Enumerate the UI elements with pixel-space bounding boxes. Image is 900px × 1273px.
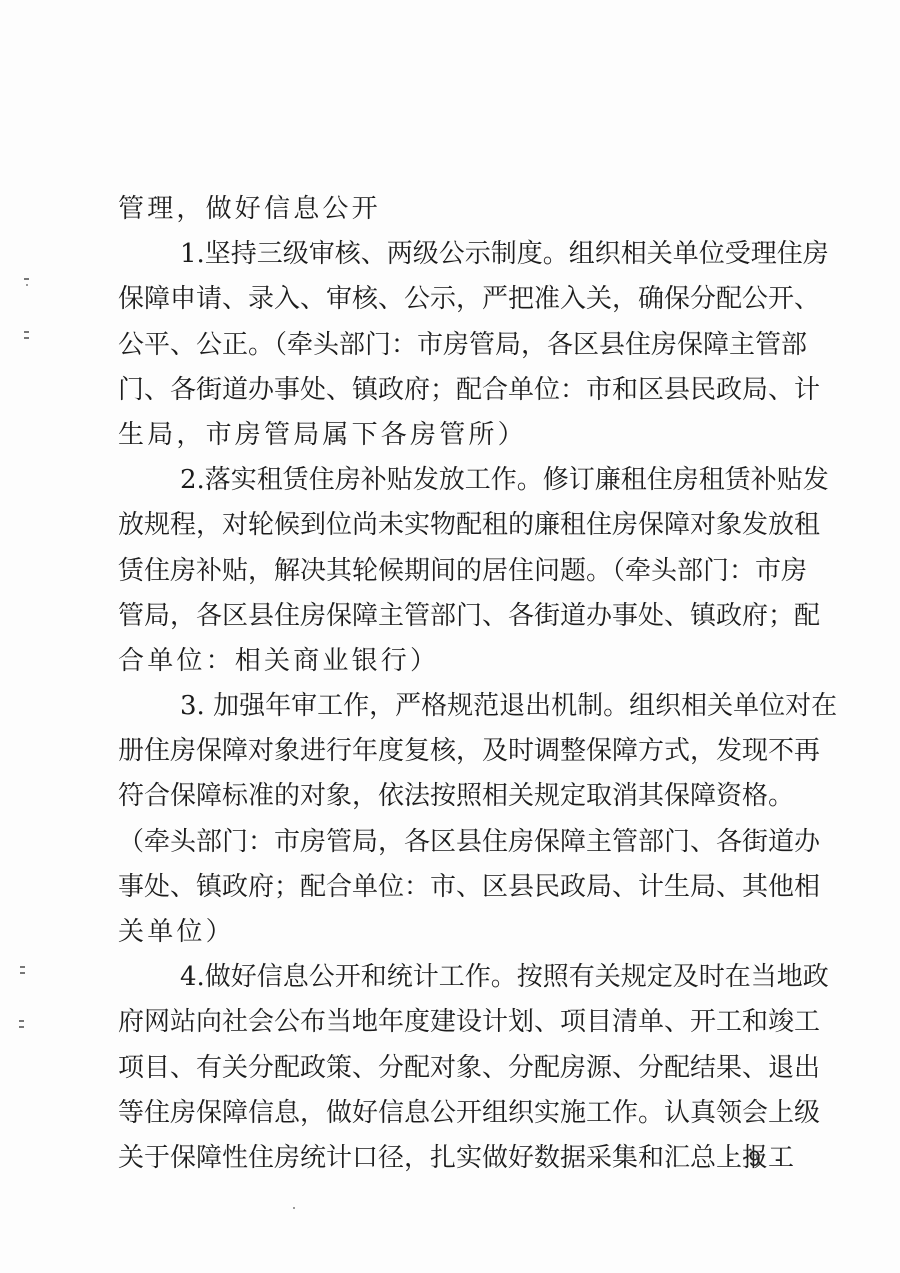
text-line: 事处、镇政府；配合单位：市、区县民政局、计生局、其他相 [118, 865, 774, 910]
page-number: - 9 - [727, 1146, 786, 1172]
text-line: 册住房保障对象进行年度复核，及时调整保障方式，发现不再 [118, 729, 774, 774]
text-line: 等住房保障信息，做好信息公开组织实施工作。认真领会上级 [118, 1091, 774, 1136]
text-line: 符合保障标准的对象，依法按照相关规定取消其保障资格。 [118, 774, 774, 819]
binding-mark [24, 278, 29, 280]
text-line: 生局，市房管局属下各房管所） [118, 413, 774, 458]
binding-mark [24, 331, 29, 333]
paragraph-4-heading-line: 4.做好信息公开和统计工作。按照有关规定及时在当地政 [118, 955, 774, 1000]
binding-mark [24, 337, 29, 339]
body-text: 管理，做好信息公开 1.坚持三级审核、两级公示制度。组织相关单位受理住房 保障申… [118, 187, 774, 1181]
binding-mark [26, 284, 28, 286]
binding-mark [19, 1026, 24, 1028]
text-line: （牵头部门：市房管局，各区县住房保障主管部门、各街道办 [118, 820, 774, 865]
binding-mark [20, 972, 25, 974]
text-line: 项目、有关分配政策、分配对象、分配房源、分配结果、退出 [118, 1046, 774, 1091]
paragraph-1-heading-line: 1.坚持三级审核、两级公示制度。组织相关单位受理住房 [118, 232, 774, 277]
text-line: 合单位：相关商业银行） [118, 639, 774, 684]
text-line: 管局，各区县住房保障主管部门、各街道办事处、镇政府；配 [118, 594, 774, 639]
text-line: 关单位） [118, 910, 774, 955]
scan-speck [293, 1207, 295, 1209]
paragraph-3-heading-line: 3. 加强年审工作，严格规范退出机制。组织相关单位对在 [118, 684, 774, 729]
text-line: 放规程，对轮候到位尚未实物配租的廉租住房保障对象发放租 [118, 503, 774, 548]
binding-mark [19, 1020, 24, 1022]
paragraph-2-heading-line: 2.落实租赁住房补贴发放工作。修订廉租住房租赁补贴发 [118, 458, 774, 503]
binding-mark [20, 966, 25, 968]
text-line: 府网站向社会公布当地年度建设计划、项目清单、开工和竣工 [118, 1000, 774, 1045]
text-line: 关于保障性住房统计口径，扎实做好数据采集和汇总上报工 [118, 1136, 774, 1181]
text-line: 管理，做好信息公开 [118, 187, 774, 232]
text-line: 公平、公正。（牵头部门：市房管局，各区县住房保障主管部 [118, 323, 774, 368]
text-line: 保障申请、录入、审核、公示，严把准入关，确保分配公开、 [118, 277, 774, 322]
document-page: 管理，做好信息公开 1.坚持三级审核、两级公示制度。组织相关单位受理住房 保障申… [0, 0, 900, 1273]
text-line: 赁住房补贴，解决其轮候期间的居住问题。（牵头部门：市房 [118, 549, 774, 594]
text-line: 门、各街道办事处、镇政府；配合单位：市和区县民政局、计 [118, 368, 774, 413]
